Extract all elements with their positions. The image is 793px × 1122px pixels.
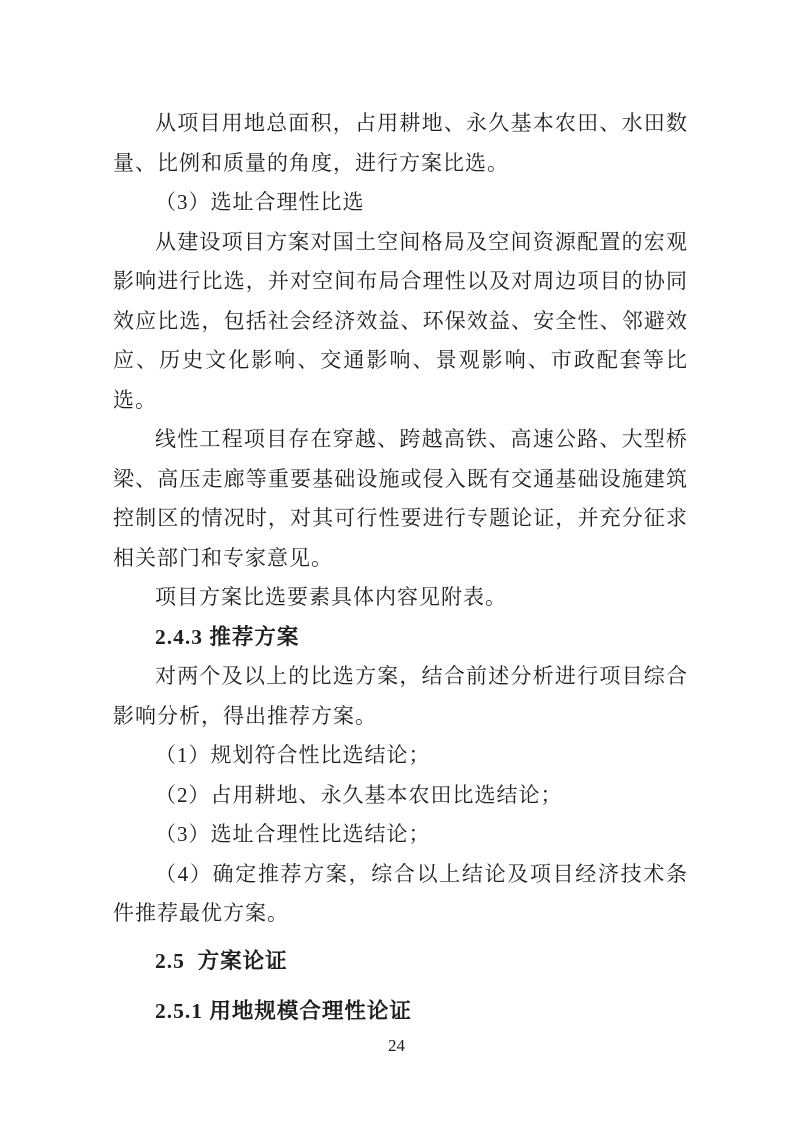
- paragraph-macro-impact-comparison: 从建设项目方案对国土空间格局及空间资源配置的宏观影响进行比选，并对空间布局合理性…: [113, 223, 688, 421]
- section-heading-2-4-3: 2.4.3 推荐方案: [113, 618, 688, 658]
- list-item-conclusion-1: （1）规划符合性比选结论；: [113, 736, 688, 776]
- list-item-conclusion-4: （4）确定推荐方案，综合以上结论及项目经济技术条件推荐最优方案。: [113, 855, 688, 934]
- section-heading-2-5: 2.5 方案论证: [113, 942, 688, 982]
- paragraph-scheme-comparison-angle: 从项目用地总面积，占用耕地、永久基本农田、水田数量、比例和质量的角度，进行方案比…: [113, 104, 688, 183]
- section-heading-2-5-1: 2.5.1 用地规模合理性论证: [113, 992, 688, 1032]
- paragraph-linear-project-infrastructure: 线性工程项目存在穿越、跨越高铁、高速公路、大型桥梁、高压走廊等重要基础设施或侵入…: [113, 420, 688, 578]
- paragraph-site-selection-item: （3）选址合理性比选: [113, 183, 688, 223]
- paragraph-see-attached-table: 项目方案比选要素具体内容见附表。: [113, 578, 688, 618]
- list-item-conclusion-2: （2）占用耕地、永久基本农田比选结论；: [113, 776, 688, 816]
- paragraph-comprehensive-analysis: 对两个及以上的比选方案，结合前述分析进行项目综合影响分析，得出推荐方案。: [113, 657, 688, 736]
- list-item-conclusion-3: （3）选址合理性比选结论；: [113, 815, 688, 855]
- document-content: 从项目用地总面积，占用耕地、永久基本农田、水田数量、比例和质量的角度，进行方案比…: [113, 104, 688, 1032]
- document-page: 从项目用地总面积，占用耕地、永久基本农田、水田数量、比例和质量的角度，进行方案比…: [0, 0, 793, 1122]
- page-number: 24: [0, 1034, 793, 1058]
